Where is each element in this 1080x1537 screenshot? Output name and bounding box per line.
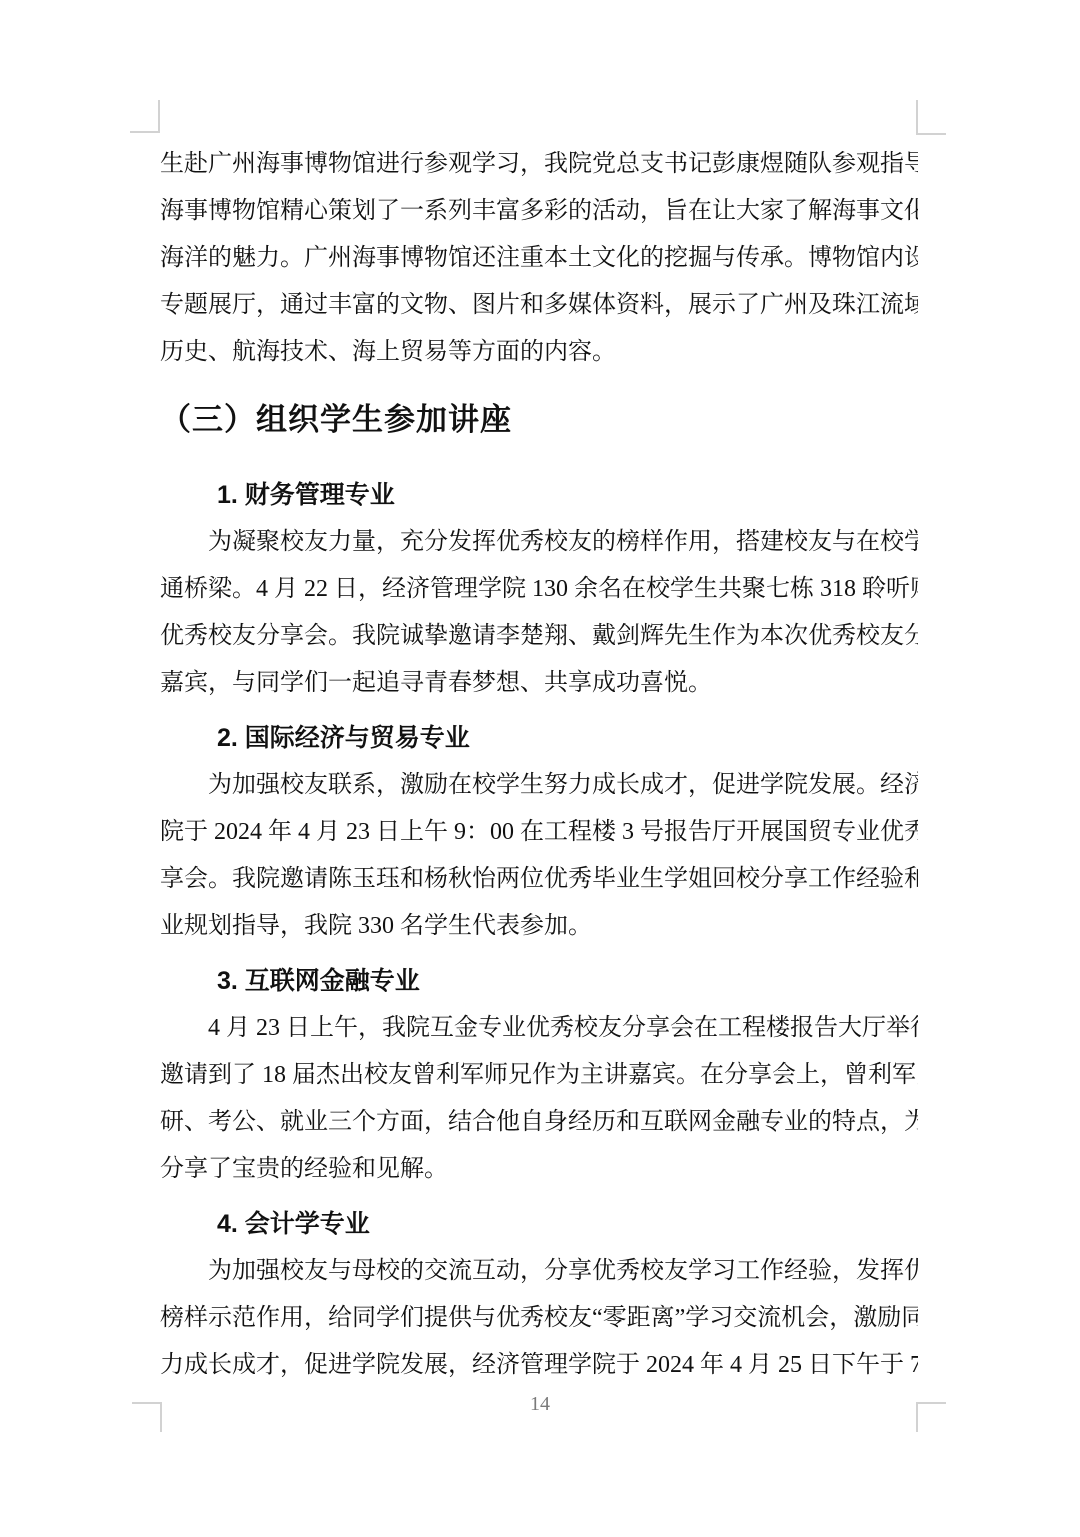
subsection-internet-finance: 3. 互联网金融专业 4 月 23 日上午，我院互金专业优秀校友分享会在工程楼报… — [160, 958, 918, 1193]
subsection-paragraph-accounting: 为加强校友与母校的交流互动，分享优秀校友学习工作经验，发挥优秀校友榜样示范作用，… — [160, 1248, 918, 1389]
text-line: 院于 2024 年 4 月 23 日上午 9：00 在工程楼 3 号报告厅开展国… — [160, 809, 918, 856]
text-line: 为凝聚校友力量，充分发挥优秀校友的榜样作用，搭建校友与在校学生的沟 — [160, 519, 918, 566]
text-line: 分享了宝贵的经验和见解。 — [160, 1146, 918, 1193]
text-line: 通桥梁。4 月 22 日，经济管理学院 130 余名在校学生共聚七栋 318 聆… — [160, 566, 918, 613]
text-line: 历史、航海技术、海上贸易等方面的内容。 — [160, 329, 918, 376]
subsection-international-trade: 2. 国际经济与贸易专业 为加强校友联系，激励在校学生努力成长成才，促进学院发展… — [160, 715, 918, 950]
text-line: 海事博物馆精心策划了一系列丰富多彩的活动，旨在让大家了解海事文化，感受 — [160, 188, 918, 235]
text-line: 生赴广州海事博物馆进行参观学习，我院党总支书记彭康煜随队参观指导。 广州 — [160, 141, 918, 188]
text-boundary-mark-top-right — [916, 100, 946, 135]
text-line: 研、考公、就业三个方面，结合他自身经历和互联网金融专业的特点，为同学们 — [160, 1099, 918, 1146]
text-line: 为加强校友联系，激励在校学生努力成长成才，促进学院发展。经济管理学 — [160, 762, 918, 809]
subsection-paragraph-internet-finance: 4 月 23 日上午，我院互金专业优秀校友分享会在工程楼报告大厅举行。我院邀请到… — [160, 1005, 918, 1193]
subsection-title-accounting: 4. 会计学专业 — [160, 1201, 918, 1248]
page-footer: 14 — [0, 1393, 1080, 1416]
subsection-title-international-trade: 2. 国际经济与贸易专业 — [160, 715, 918, 762]
page-text-area: 生赴广州海事博物馆进行参观学习，我院党总支书记彭康煜随队参观指导。 广州海事博物… — [160, 141, 918, 1389]
subsection-paragraph-international-trade: 为加强校友联系，激励在校学生努力成长成才，促进学院发展。经济管理学院于 2024… — [160, 762, 918, 950]
subsection-paragraph-financial-management: 为凝聚校友力量，充分发挥优秀校友的榜样作用，搭建校友与在校学生的沟通桥梁。4 月… — [160, 519, 918, 707]
text-line: 海洋的魅力。广州海事博物馆还注重本土文化的挖掘与传承。博物馆内设有多个 — [160, 235, 918, 282]
text-line: 嘉宾，与同学们一起追寻青春梦想、共享成功喜悦。 — [160, 660, 918, 707]
text-line: 为加强校友与母校的交流互动，分享优秀校友学习工作经验，发挥优秀校友 — [160, 1248, 918, 1295]
text-line: 业规划指导，我院 330 名学生代表参加。 — [160, 903, 918, 950]
text-line: 优秀校友分享会。我院诚挚邀请李楚翔、戴剑辉先生作为本次优秀校友分享会的 — [160, 613, 918, 660]
section-heading-organize-lectures: （三）组织学生参加讲座 — [160, 395, 918, 445]
subsection-title-financial-management: 1. 财务管理专业 — [160, 472, 918, 519]
text-line: 榜样示范作用，给同学们提供与优秀校友“零距离”学习交流机会，激励同学们努 — [160, 1295, 918, 1342]
subsection-financial-management: 1. 财务管理专业 为凝聚校友力量，充分发挥优秀校友的榜样作用，搭建校友与在校学… — [160, 472, 918, 707]
page-number: 14 — [530, 1393, 550, 1415]
document-page: 生赴广州海事博物馆进行参观学习，我院党总支书记彭康煜随队参观指导。 广州海事博物… — [0, 0, 1080, 1537]
text-line: 力成长成才，促进学院发展，经济管理学院于 2024 年 4 月 25 日下午于 … — [160, 1342, 918, 1389]
text-line: 享会。我院邀请陈玉珏和杨秋怡两位优秀毕业生学姐回校分享工作经验和未来职 — [160, 856, 918, 903]
subsection-accounting: 4. 会计学专业 为加强校友与母校的交流互动，分享优秀校友学习工作经验，发挥优秀… — [160, 1201, 918, 1389]
text-line: 专题展厅，通过丰富的文物、图片和多媒体资料，展示了广州及珠江流域的海事 — [160, 282, 918, 329]
text-boundary-mark-top-left — [130, 100, 160, 133]
paragraph-museum-visit: 生赴广州海事博物馆进行参观学习，我院党总支书记彭康煜随队参观指导。 广州海事博物… — [160, 141, 918, 376]
subsection-title-internet-finance: 3. 互联网金融专业 — [160, 958, 918, 1005]
text-line: 邀请到了 18 届杰出校友曾利军师兄作为主讲嘉宾。在分享会上，曾利军师兄从考 — [160, 1052, 918, 1099]
text-line: 4 月 23 日上午，我院互金专业优秀校友分享会在工程楼报告大厅举行。我院 — [160, 1005, 918, 1052]
